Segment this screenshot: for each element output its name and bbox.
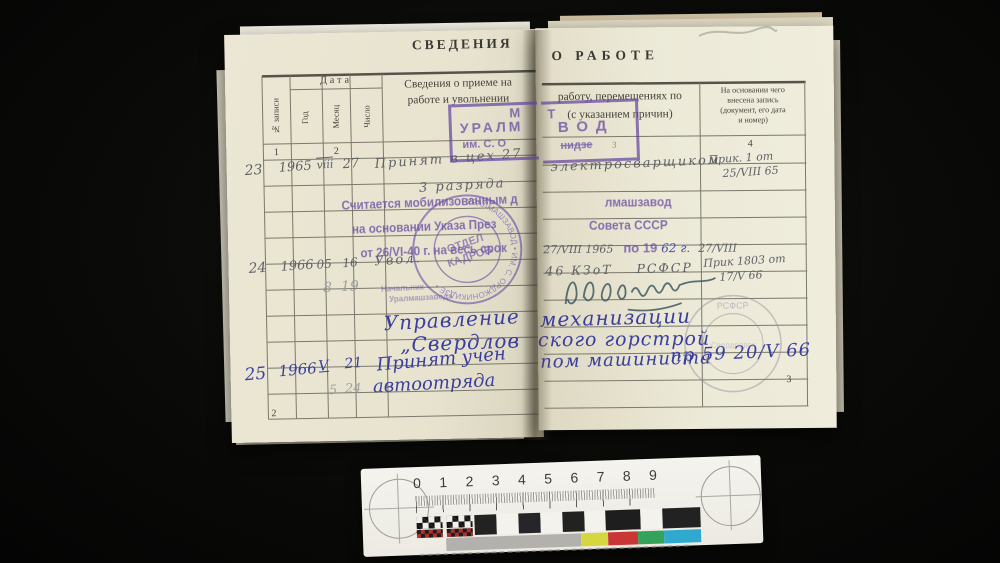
col-day: Число bbox=[351, 90, 382, 143]
right-page-title: О РАБОТЕ bbox=[551, 47, 659, 64]
calibration-ruler: 0 1 2 3 4 5 6 7 8 9 bbox=[361, 455, 764, 557]
ruler-number: 1 bbox=[439, 474, 447, 490]
col-day-label: Число bbox=[361, 105, 371, 128]
factory-stamp-sub-right: нидзе bbox=[560, 139, 592, 152]
col-record-no: № записи bbox=[263, 90, 288, 142]
col-year: Год bbox=[291, 91, 318, 143]
left-page: СВЕДЕНИЯ bbox=[224, 29, 544, 443]
mob-hand-post: 27/VIII bbox=[698, 242, 737, 255]
col-index-2: 2 bbox=[296, 145, 376, 158]
gray-scale-square-white bbox=[640, 509, 663, 530]
row25-no: 25 bbox=[244, 364, 267, 386]
col4-header-line4: и номер) bbox=[704, 115, 802, 125]
col4-header-line3: (документ, его дата bbox=[704, 105, 802, 115]
row23-year: 1965 bbox=[278, 159, 312, 176]
row24-no: 24 bbox=[248, 260, 267, 277]
ruler-number: 7 bbox=[596, 469, 604, 485]
factory-stamp-name-left: УРАЛМ bbox=[460, 118, 524, 136]
gray-scale-square-black bbox=[474, 514, 497, 535]
ruler-number: 8 bbox=[623, 468, 631, 484]
row25-year: 1966 bbox=[278, 359, 318, 380]
factory-stamp-right: Т ВОД нидзе bbox=[541, 98, 640, 163]
ruler-number: 2 bbox=[465, 473, 473, 489]
row25-day: 21 bbox=[344, 355, 363, 373]
row24-pencil-day: 19 bbox=[341, 278, 359, 294]
factory-stamp-left: М УРАЛМ им. С. О bbox=[448, 101, 539, 162]
checker-pattern-red bbox=[447, 528, 473, 537]
col-month-label: Месяц bbox=[330, 105, 340, 129]
checker-pattern bbox=[416, 516, 442, 529]
gray-scale-square-white bbox=[584, 510, 606, 531]
factory-stamp-sub-left: им. С. О bbox=[462, 138, 506, 152]
row24-basis-line2: 17/V 66 bbox=[719, 268, 763, 284]
ruler-number: 5 bbox=[544, 470, 552, 486]
mobilization-stamp-right-line2: Совета СССР bbox=[589, 218, 668, 233]
color-patch-red bbox=[608, 531, 638, 545]
row23-no: 23 bbox=[244, 162, 263, 179]
row24-pencil-month: 8 bbox=[323, 280, 332, 296]
round-stamp-rsfsr-top: РСФСР bbox=[717, 300, 749, 310]
gray-scale-square-black bbox=[662, 507, 701, 528]
row23-month: viii bbox=[316, 158, 334, 172]
gray-scale-square-black bbox=[605, 509, 641, 530]
mob-hand-year: 62 г. bbox=[661, 241, 690, 255]
color-patch-green bbox=[638, 530, 664, 544]
left-page-number: 2 bbox=[271, 408, 276, 419]
row25-pencil-month: 5 bbox=[329, 383, 338, 398]
row24-year: 1966 bbox=[280, 258, 314, 275]
gray-scale-square-white bbox=[496, 514, 519, 535]
round-stamp-rsfsr: РСФСР Свердловск bbox=[680, 290, 787, 397]
right-page-number: 3 bbox=[786, 374, 791, 385]
pen-scribble bbox=[695, 22, 781, 44]
row25-month: V bbox=[318, 358, 330, 375]
round-stamp-rsfsr-center: Свердловск bbox=[711, 340, 756, 349]
right-page: О РАБОТЕ работу, перемещениях по (с bbox=[535, 26, 836, 431]
ruler-number: 4 bbox=[518, 471, 526, 487]
gray-scale-square-white bbox=[540, 512, 563, 533]
row24-day: 16 bbox=[342, 255, 358, 270]
book-gutter-shadow bbox=[522, 30, 552, 440]
color-patch-blue bbox=[664, 529, 701, 543]
ruler-number: 9 bbox=[649, 467, 657, 483]
color-patch-yellow bbox=[581, 532, 608, 546]
mob-stamp-mid: по 19 bbox=[623, 240, 657, 255]
col-month: Месяц bbox=[322, 91, 349, 143]
ruler-numbers: 0 1 2 3 4 5 6 7 8 9 bbox=[413, 467, 657, 492]
col4-header-line2: внесена запись bbox=[704, 95, 802, 105]
row24-month: 05 bbox=[316, 257, 332, 272]
ruler-right-crosshair bbox=[695, 459, 763, 531]
col-index-4: 4 bbox=[740, 138, 760, 149]
row25-pencil-day: 24 bbox=[345, 381, 362, 396]
mobilization-stamp-right-line1: лмашзавод bbox=[605, 195, 672, 210]
ruler-number: 6 bbox=[570, 469, 578, 485]
factory-stamp-name-right: ВОД bbox=[558, 117, 615, 136]
ruler-number: 0 bbox=[413, 475, 421, 491]
left-page-title: СВЕДЕНИЯ bbox=[392, 35, 532, 54]
checker-pattern-red bbox=[417, 529, 443, 538]
photo-scene: СВЕДЕНИЯ bbox=[0, 0, 1000, 563]
mobilization-stamp-right-line3: 27/VIII 1965 по 19 62 г. 27/VIII bbox=[543, 239, 737, 259]
ruler-number: 3 bbox=[491, 472, 499, 488]
factory-stamp-top-right: Т bbox=[547, 106, 555, 121]
row23-day: 27 bbox=[342, 156, 360, 172]
col4-header-line1: На основании чего bbox=[704, 85, 802, 95]
col-record-no-label: № записи bbox=[270, 98, 281, 135]
col-date: Дата bbox=[290, 74, 382, 87]
col-index-1: 1 bbox=[264, 147, 288, 158]
checker-pattern bbox=[446, 515, 472, 528]
gray-scale-square-black bbox=[518, 513, 541, 534]
mob-hand-pre: 27/VIII 1965 bbox=[543, 243, 613, 257]
gray-scale-square-black bbox=[562, 511, 585, 532]
col-year-label: Год bbox=[300, 111, 310, 124]
